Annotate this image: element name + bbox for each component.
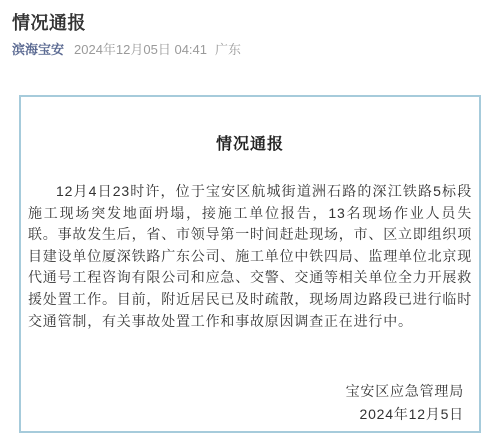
- notice-signature: 宝安区应急管理局: [28, 380, 464, 403]
- post-page: 情况通报 滨海宝安2024年12月05日 04:41广东 情况通报 12月4日2…: [0, 0, 499, 445]
- post-title: 情况通报: [12, 9, 86, 35]
- post-datetime: 2024年12月05日 04:41: [74, 42, 207, 57]
- notice-date: 2024年12月5日: [28, 403, 464, 426]
- post-region: 广东: [215, 42, 241, 57]
- notice-body-paragraph: 12月4日23时许，位于宝安区航城街道洲石路的深江铁路5标段施工现场突发地面坍塌…: [28, 181, 472, 332]
- notice-signature-block: 宝安区应急管理局 2024年12月5日: [28, 380, 472, 426]
- byline: 滨海宝安2024年12月05日 04:41广东: [12, 39, 241, 58]
- author-link[interactable]: 滨海宝安: [12, 42, 64, 57]
- notice-heading: 情况通报: [28, 131, 472, 154]
- notice-image: 情况通报 12月4日23时许，位于宝安区航城街道洲石路的深江铁路5标段施工现场突…: [19, 95, 481, 433]
